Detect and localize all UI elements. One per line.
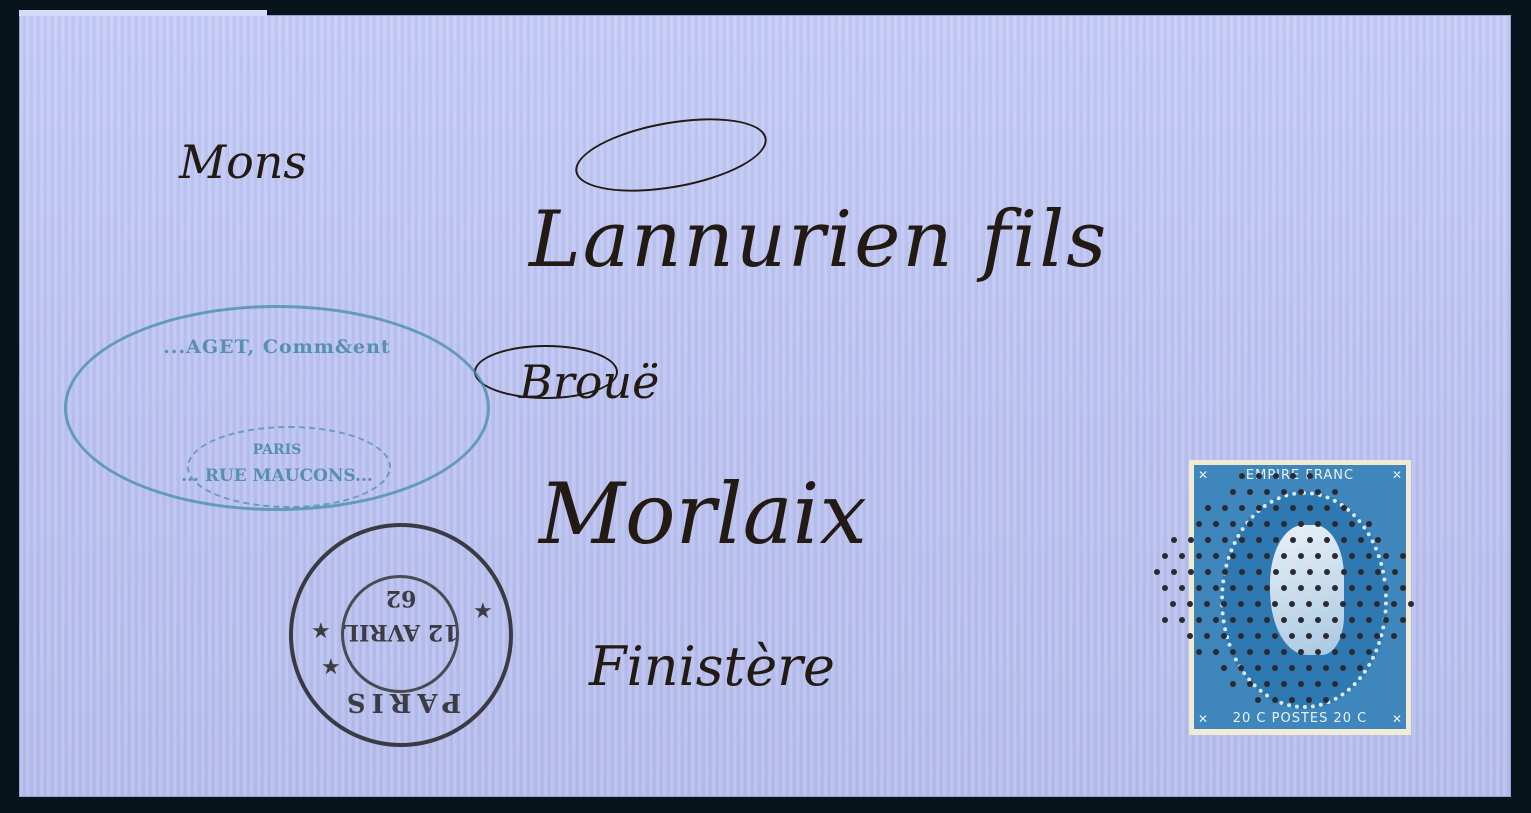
cancel-dot <box>1196 553 1202 559</box>
cancel-dot <box>1264 521 1270 527</box>
cancel-dot <box>1247 521 1253 527</box>
cancel-dot <box>1349 553 1355 559</box>
cancel-dot <box>1323 665 1329 671</box>
cancel-dot <box>1264 553 1270 559</box>
cancel-dot <box>1408 601 1414 607</box>
cancel-dot <box>1358 569 1364 575</box>
cancel-dot <box>1154 569 1160 575</box>
cancel-dot <box>1273 505 1279 511</box>
cancel-dot <box>1324 537 1330 543</box>
cancel-dot <box>1281 521 1287 527</box>
cancel-dot <box>1315 649 1321 655</box>
cancel-dot <box>1357 633 1363 639</box>
cancel-dot <box>1298 489 1304 495</box>
cancel-dot <box>1315 553 1321 559</box>
cancel-dot <box>1324 505 1330 511</box>
cancel-dot <box>1392 569 1398 575</box>
cancel-dot <box>1332 521 1338 527</box>
cancel-dot <box>1290 505 1296 511</box>
cancel-dot <box>1196 617 1202 623</box>
cancel-dot <box>1366 585 1372 591</box>
cancel-dot <box>1357 601 1363 607</box>
address-recipient: Lannurien fils <box>529 195 1108 285</box>
cancel-dot <box>1298 681 1304 687</box>
cancel-dot <box>1341 537 1347 543</box>
cancel-dot <box>1196 521 1202 527</box>
cancel-dot <box>1162 585 1168 591</box>
cancel-dot <box>1349 649 1355 655</box>
cancel-dot <box>1289 601 1295 607</box>
corner-ornament-icon: ✕ <box>1392 712 1402 726</box>
cancel-dot <box>1273 569 1279 575</box>
cancel-dot <box>1340 665 1346 671</box>
cancel-dot <box>1239 473 1245 479</box>
cancel-dot <box>1179 617 1185 623</box>
cancel-dot <box>1179 553 1185 559</box>
cancel-dot <box>1323 697 1329 703</box>
cancel-dot <box>1162 617 1168 623</box>
cancel-dot <box>1375 569 1381 575</box>
cancel-dot <box>1298 585 1304 591</box>
cancel-dot <box>1366 521 1372 527</box>
cancel-dot <box>1366 553 1372 559</box>
cancel-dot <box>1213 521 1219 527</box>
star-icon: ★ <box>473 599 493 624</box>
cancel-dot <box>1281 489 1287 495</box>
cancel-dot <box>1332 585 1338 591</box>
cancel-dot <box>1298 553 1304 559</box>
cancel-dot <box>1289 665 1295 671</box>
star-icon: ★ <box>311 619 331 644</box>
cancel-dot <box>1298 521 1304 527</box>
address-line2: Brouë <box>519 355 659 409</box>
cancel-dot <box>1221 633 1227 639</box>
cancel-dot <box>1383 585 1389 591</box>
cancel-dot <box>1315 489 1321 495</box>
address-town: Morlaix <box>539 465 867 563</box>
cancel-dot <box>1374 633 1380 639</box>
cancel-dot <box>1239 569 1245 575</box>
cancel-dot <box>1222 505 1228 511</box>
cancel-dot <box>1188 569 1194 575</box>
cachet-top-text: ...AGET, Comm&ent <box>67 336 487 358</box>
cachet-city: PARIS <box>67 442 487 458</box>
cancel-dot <box>1324 569 1330 575</box>
cancel-dot <box>1307 537 1313 543</box>
cancel-dot <box>1272 601 1278 607</box>
cancel-dot <box>1391 601 1397 607</box>
flourish-oval <box>570 106 773 205</box>
cancel-dot <box>1307 569 1313 575</box>
cancel-dot <box>1332 489 1338 495</box>
cancel-dot <box>1306 697 1312 703</box>
cancel-dot <box>1196 585 1202 591</box>
cancel-dot <box>1264 585 1270 591</box>
cachet-street: ... RUE MAUCONS... <box>67 466 487 486</box>
cancel-dot <box>1289 697 1295 703</box>
cancel-dot <box>1307 505 1313 511</box>
cancel-dot <box>1247 649 1253 655</box>
cancel-dot <box>1204 633 1210 639</box>
corner-ornament-icon: ✕ <box>1198 468 1208 482</box>
cancel-dot <box>1290 537 1296 543</box>
cancel-dot <box>1222 569 1228 575</box>
corner-ornament-icon: ✕ <box>1392 468 1402 482</box>
cancel-dot <box>1349 521 1355 527</box>
cancel-dot <box>1264 617 1270 623</box>
cancel-dot <box>1273 473 1279 479</box>
cancel-dot <box>1238 665 1244 671</box>
cancel-dot <box>1306 665 1312 671</box>
cancel-dot <box>1323 633 1329 639</box>
cancel-dot <box>1298 617 1304 623</box>
cancel-dot <box>1281 681 1287 687</box>
datestamp-town: PARIS <box>293 687 509 717</box>
cancel-dot <box>1204 601 1210 607</box>
cancel-dot <box>1247 681 1253 687</box>
cancel-dot <box>1255 697 1261 703</box>
cancel-dot <box>1205 505 1211 511</box>
address-salutation: Mons <box>179 135 307 189</box>
cancel-dot <box>1375 537 1381 543</box>
star-icon: ★ <box>321 655 341 680</box>
cancel-dot <box>1289 633 1295 639</box>
cancel-dot <box>1298 649 1304 655</box>
merchant-cachet: ...AGET, Comm&ent PARIS ... RUE MAUCONS.… <box>64 305 490 511</box>
cancel-dot <box>1332 553 1338 559</box>
cancel-dot <box>1332 617 1338 623</box>
cancel-dot <box>1341 569 1347 575</box>
cancel-dot <box>1255 633 1261 639</box>
cancel-dot <box>1290 569 1296 575</box>
cancel-dot <box>1281 553 1287 559</box>
cancel-dot <box>1306 633 1312 639</box>
cancel-dot <box>1400 617 1406 623</box>
cancel-dot <box>1256 569 1262 575</box>
cancel-dot <box>1179 585 1185 591</box>
cancel-dot <box>1230 649 1236 655</box>
cancel-dot <box>1272 665 1278 671</box>
cancel-dot <box>1391 633 1397 639</box>
cancel-dot <box>1349 617 1355 623</box>
cancel-dot <box>1170 601 1176 607</box>
stamp-medallion <box>1220 491 1388 709</box>
cancel-dot <box>1247 617 1253 623</box>
cancel-dot <box>1247 585 1253 591</box>
corner-ornament-icon: ✕ <box>1198 712 1208 726</box>
cancel-dot <box>1272 633 1278 639</box>
cancel-dot <box>1358 537 1364 543</box>
cancel-dot <box>1383 553 1389 559</box>
cancel-dot <box>1264 681 1270 687</box>
paris-datestamp: PARIS 12 AVRIL 62 ★ ★ ★ <box>289 523 513 747</box>
cancel-dot <box>1221 601 1227 607</box>
cancel-dot <box>1281 617 1287 623</box>
cancel-dot <box>1247 489 1253 495</box>
cancel-dot <box>1366 617 1372 623</box>
cancel-dot <box>1264 649 1270 655</box>
cancel-dot <box>1230 681 1236 687</box>
cancel-dot <box>1315 521 1321 527</box>
cancel-dot <box>1366 649 1372 655</box>
cancel-dot <box>1306 601 1312 607</box>
cancel-dot <box>1205 569 1211 575</box>
cancel-dot <box>1196 649 1202 655</box>
cancel-dot <box>1256 473 1262 479</box>
cancel-dot <box>1188 537 1194 543</box>
cancel-dot <box>1383 617 1389 623</box>
cancel-dot <box>1213 553 1219 559</box>
cancel-dot <box>1349 585 1355 591</box>
cancel-dot <box>1400 553 1406 559</box>
cancel-dot <box>1281 649 1287 655</box>
cancel-dot <box>1230 521 1236 527</box>
cancel-dot <box>1281 585 1287 591</box>
cancel-dot <box>1222 537 1228 543</box>
cancel-dot <box>1213 585 1219 591</box>
cancel-dot <box>1213 649 1219 655</box>
cancel-dot <box>1256 537 1262 543</box>
cancel-dot <box>1187 601 1193 607</box>
cancel-dot <box>1400 585 1406 591</box>
cancel-dot <box>1171 537 1177 543</box>
cancel-dot <box>1230 585 1236 591</box>
cancel-dot <box>1340 633 1346 639</box>
cancel-dot <box>1323 601 1329 607</box>
cancel-dot <box>1332 649 1338 655</box>
cancel-dot <box>1230 617 1236 623</box>
envelope-cover: Mons Lannurien fils Brouë Morlaix Finist… <box>19 15 1511 797</box>
cancel-dot <box>1205 537 1211 543</box>
cancel-dot <box>1307 473 1313 479</box>
cancel-dot <box>1273 537 1279 543</box>
cancel-dot <box>1221 665 1227 671</box>
cancel-dot <box>1187 633 1193 639</box>
cancel-dot <box>1256 505 1262 511</box>
cancel-dot <box>1264 489 1270 495</box>
cancel-dot <box>1255 601 1261 607</box>
cancel-dot <box>1341 505 1347 511</box>
cancel-dot <box>1272 697 1278 703</box>
stamp-bottom-label: 20 C POSTES 20 C <box>1216 711 1384 726</box>
cancel-dot <box>1171 569 1177 575</box>
cancel-dot <box>1238 601 1244 607</box>
cancel-dot <box>1374 601 1380 607</box>
envelope-flap-edge <box>19 10 267 16</box>
cancel-dot <box>1290 473 1296 479</box>
cancel-dot <box>1315 681 1321 687</box>
cancel-dot <box>1162 553 1168 559</box>
cancel-dot <box>1255 665 1261 671</box>
cancel-dot <box>1247 553 1253 559</box>
cancel-dot <box>1230 553 1236 559</box>
cancel-dot <box>1332 681 1338 687</box>
cancel-dot <box>1239 505 1245 511</box>
cancel-dot <box>1357 665 1363 671</box>
cancel-dot <box>1340 601 1346 607</box>
address-department: Finistère <box>589 635 835 698</box>
postage-stamp: ✕ ✕ ✕ ✕ EMPIRE FRANC 20 C POSTES 20 C <box>1189 460 1411 735</box>
cancel-dot <box>1315 585 1321 591</box>
cancel-dot <box>1213 617 1219 623</box>
cancel-dot <box>1315 617 1321 623</box>
cancel-dot <box>1238 633 1244 639</box>
cancel-dot <box>1239 537 1245 543</box>
cancel-dot <box>1230 489 1236 495</box>
